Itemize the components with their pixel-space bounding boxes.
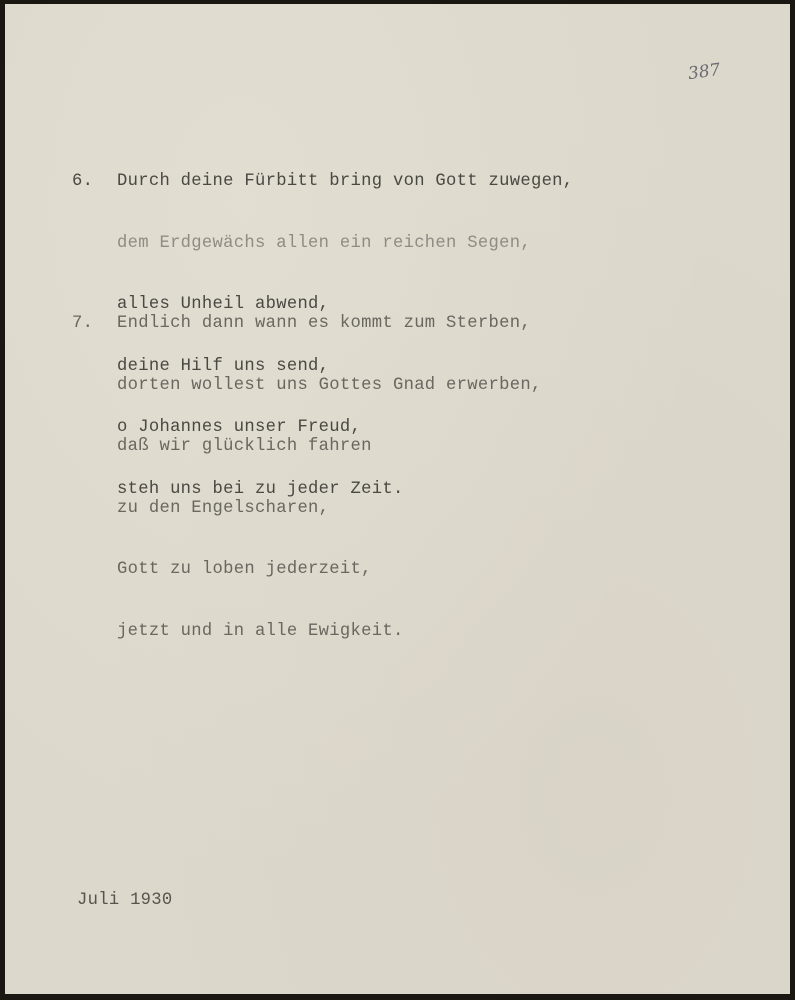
stanza-line: 7.Endlich dann wann es kommt zum Sterben… [72, 314, 542, 335]
document-date: Juli 1930 [77, 891, 173, 912]
handwritten-page-number: 387 [687, 60, 722, 84]
typewritten-page: 387 6.Durch deine Fürbitt bring von Gott… [5, 4, 790, 994]
stanza-line: dem Erdgewächs allen ein reichen Segen, [72, 234, 573, 255]
stanza-number: 7. [72, 314, 117, 335]
stanza-line: zu den Engelscharen, [72, 499, 542, 520]
stanza-line: daß wir glücklich fahren [72, 437, 542, 458]
stanza-line: jetzt und in alle Ewigkeit. [72, 622, 542, 643]
stanza-number: 6. [72, 172, 117, 193]
stanza-7: 7.Endlich dann wann es kommt zum Sterben… [72, 273, 542, 683]
stanza-line: 6.Durch deine Fürbitt bring von Gott zuw… [72, 172, 573, 193]
stanza-line: dorten wollest uns Gottes Gnad erwerben, [72, 376, 542, 397]
stanza-line: Gott zu loben jederzeit, [72, 560, 542, 581]
